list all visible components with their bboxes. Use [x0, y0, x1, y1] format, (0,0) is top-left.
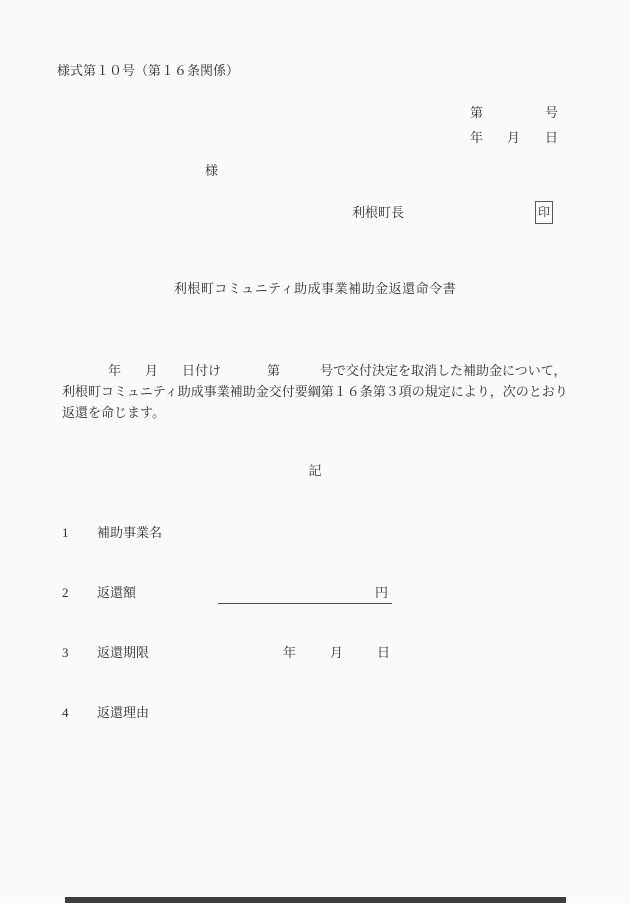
date-year-label: 年 — [470, 128, 483, 148]
body-year-label: 年 — [108, 361, 121, 381]
body-docno-suffix-text: 号で交付決定を取消した補助金について， — [320, 361, 566, 381]
item-row-return-reason: 4 返還理由 — [0, 703, 630, 725]
doc-number-line: 第 号 — [0, 103, 630, 123]
body-docno-prefix: 第 — [267, 361, 280, 381]
body-line-2: 利根町コミュニティ助成事業補助金交付要綱第１６条第３項の規定により，次のとおり — [62, 382, 592, 402]
issuer-title: 利根町長 — [352, 203, 404, 223]
document-page: 様式第１０号（第１６条関係） 第 号 年 月 日 様 利根町長 印 利根町コミュ… — [0, 0, 630, 903]
item-label-subsidy-project: 補助事業名 — [97, 523, 162, 543]
body-line-1: 年 月 日付け 第 号で交付決定を取消した補助金について， — [62, 361, 592, 381]
date-day-label: 日 — [545, 128, 558, 148]
body-line-3: 返還を命じます。 — [62, 403, 592, 423]
body-day-label: 日付け — [182, 361, 221, 381]
page-bottom-edge — [65, 897, 566, 903]
deadline-day-label: 日 — [377, 643, 390, 663]
form-number: 様式第１０号（第１６条関係） — [57, 61, 239, 81]
seal-mark: 印 — [535, 201, 553, 224]
body-month-label: 月 — [145, 361, 158, 381]
amount-blank-underline — [218, 583, 392, 604]
item-number: 1 — [62, 523, 69, 543]
doc-number-prefix: 第 — [470, 103, 483, 123]
item-number: 2 — [62, 583, 69, 603]
item-label-return-deadline: 返還期限 — [97, 643, 149, 663]
date-month-label: 月 — [507, 128, 520, 148]
yen-unit-label: 円 — [375, 583, 388, 603]
item-row-return-amount: 2 返還額 円 — [0, 583, 630, 605]
item-number: 4 — [62, 703, 69, 723]
addressee-honorific: 様 — [205, 161, 218, 181]
ki-heading: 記 — [0, 461, 630, 481]
deadline-year-label: 年 — [283, 643, 296, 663]
item-label-return-reason: 返還理由 — [97, 703, 149, 723]
item-row-subsidy-project: 1 補助事業名 — [0, 523, 630, 545]
document-title: 利根町コミュニティ助成事業補助金返還命令書 — [8, 279, 622, 299]
deadline-month-label: 月 — [330, 643, 343, 663]
doc-number-suffix: 号 — [545, 103, 558, 123]
item-label-return-amount: 返還額 — [97, 583, 136, 603]
item-number: 3 — [62, 643, 69, 663]
item-row-return-deadline: 3 返還期限 年 月 日 — [0, 643, 630, 665]
date-line: 年 月 日 — [0, 128, 630, 148]
issuer-line: 利根町長 印 — [0, 201, 630, 225]
